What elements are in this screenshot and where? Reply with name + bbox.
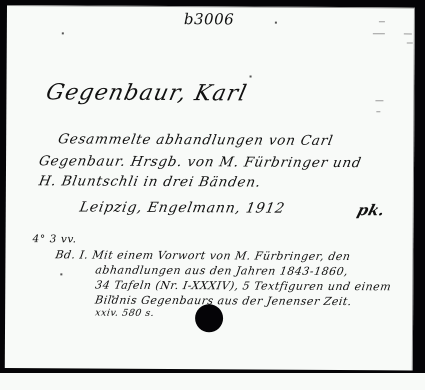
- call-number: b3006: [184, 10, 234, 28]
- author-heading: Gegenbaur, Karl: [44, 80, 250, 106]
- scan-artifact: [404, 33, 412, 34]
- catalog-card: b3006 Gegenbaur, Karl Gesammelte abhandl…: [5, 5, 415, 370]
- scan-speck: [112, 296, 114, 298]
- scan-background: b3006 Gegenbaur, Karl Gesammelte abhandl…: [0, 0, 425, 373]
- title-line-3: H. Bluntschli in drei Bänden.: [37, 173, 262, 190]
- title-line-2: Gegenbaur. Hrsgb. von M. Fürbringer und: [38, 153, 363, 171]
- scan-speck: [62, 32, 64, 34]
- volume-note-line-1: Bd. I. Mit einem Vorwort von M. Fürbring…: [55, 248, 352, 263]
- volume-note-line-3: 34 Tafeln (Nr. I-XXXIV), 5 Textfiguren u…: [94, 279, 392, 294]
- format-note: 4° 3 vv.: [33, 233, 77, 245]
- margin-strip: [0, 373, 425, 390]
- imprint: Leipzig, Engelmann, 1912: [78, 199, 286, 216]
- scan-speck: [275, 22, 277, 24]
- scan-speck: [60, 273, 62, 275]
- cataloger-initials: pk.: [355, 201, 387, 219]
- scan-artifact: [376, 111, 380, 112]
- scan-artifact: [379, 21, 385, 22]
- punch-hole: [195, 304, 223, 332]
- scan-artifact: [373, 33, 385, 34]
- title-line-1: Gesammelte abhandlungen von Carl: [57, 131, 335, 149]
- scan-artifact: [407, 42, 413, 43]
- volume-note-line-2: abhandlungen aus den Jahren 1843-1860,: [94, 264, 349, 279]
- volume-note-line-4: Bildnis Gegenbaurs aus der Jenenser Zeit…: [94, 294, 353, 309]
- scan-speck: [250, 75, 252, 77]
- scan-artifact: [375, 100, 383, 101]
- pagination-note: xxiv. 580 s.: [94, 308, 155, 319]
